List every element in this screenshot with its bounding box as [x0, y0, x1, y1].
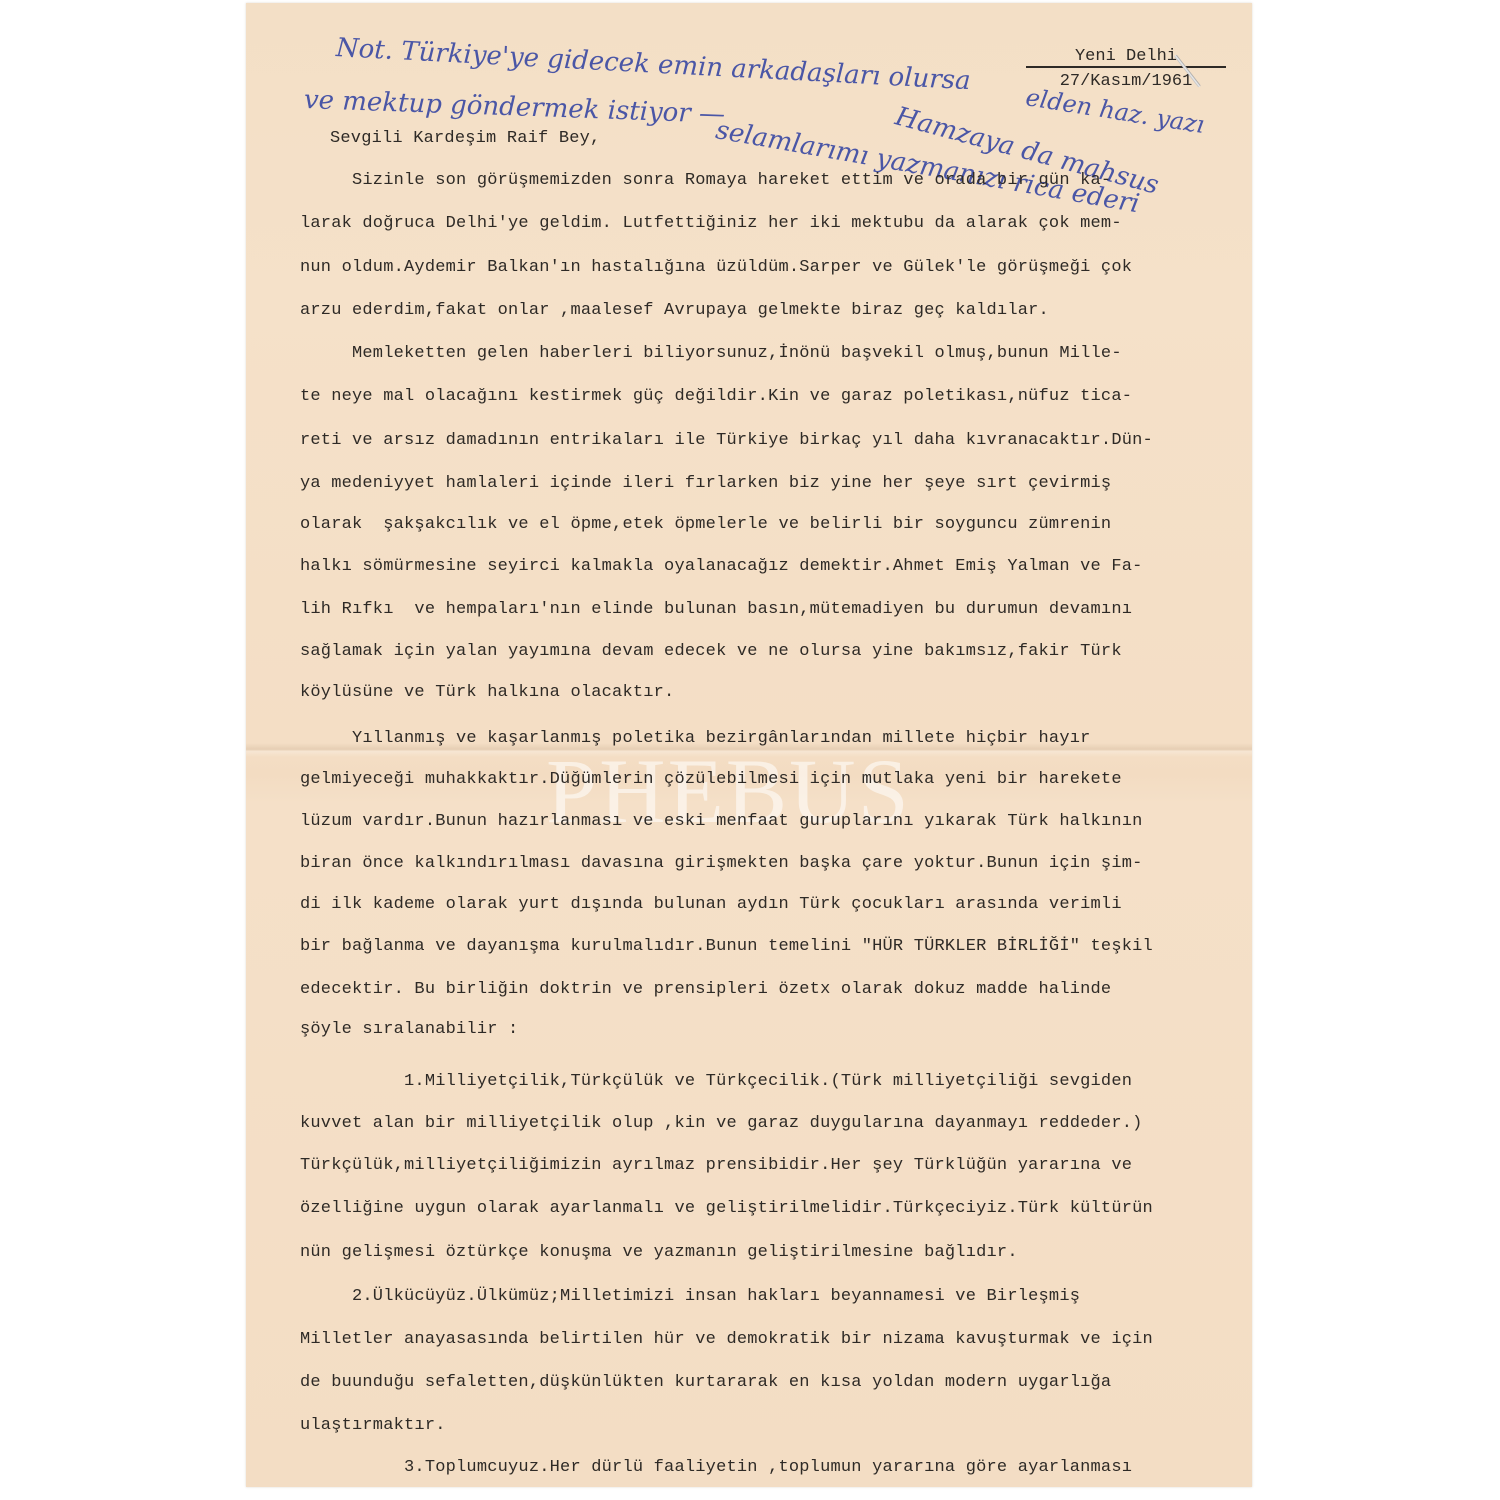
body-line: reti ve arsız damadının entrikaları ile …	[300, 431, 1153, 450]
letter-paper: PHEBUS Yeni Delhi 27/Kasım/1961 Not. Tür…	[246, 3, 1252, 1487]
body-line: kuvvet alan bir milliyetçilik olup ,kin …	[300, 1114, 1143, 1133]
body-line: şöyle sıralanabilir :	[300, 1020, 518, 1039]
place-label: Yeni Delhi	[1026, 47, 1226, 66]
body-line: larak doğruca Delhi'ye geldim. Lutfettiğ…	[300, 214, 1122, 233]
body-line: gelmiyeceği muhakkaktır.Düğümlerin çözül…	[300, 770, 1122, 789]
body-line: biran önce kalkındırılması davasına giri…	[300, 854, 1143, 873]
body-line: özelliğine uygun olarak ayarlanmalı ve g…	[300, 1199, 1153, 1218]
body-line: Yıllanmış ve kaşarlanmış poletika bezirg…	[300, 729, 1091, 748]
body-line: 2.Ülkücüyüz.Ülkümüz;Milletimizi insan ha…	[300, 1287, 1080, 1306]
body-line: nun oldum.Aydemir Balkan'ın hastalığına …	[300, 258, 1132, 277]
handwritten-note-line1: Not. Türkiye'ye gidecek emin arkadaşları…	[335, 33, 971, 96]
body-line: sağlamak için yalan yayımına devam edece…	[300, 642, 1122, 661]
body-line: nün gelişmesi öztürkçe konuşma ve yazman…	[300, 1243, 1018, 1262]
body-line: lih Rıfkı ve hempaları'nın elinde buluna…	[300, 600, 1132, 619]
body-line: edecektir. Bu birliğin doktrin ve prensi…	[300, 980, 1111, 999]
body-line: köylüsüne ve Türk halkına olacaktır.	[300, 683, 674, 702]
body-line: 3.Toplumcuyuz.Her dürlü faaliyetin ,topl…	[300, 1458, 1132, 1477]
body-line: ulaştırmaktır.	[300, 1416, 446, 1435]
body-line: de buunduğu sefaletten,düşkünlükten kurt…	[300, 1373, 1111, 1392]
body-line: Memleketten gelen haberleri biliyorsunuz…	[300, 344, 1122, 363]
body-line: ya medeniyyet hamlaleri içinde ileri fır…	[300, 474, 1111, 493]
body-line: Türkçülük,milliyetçiliğimizin ayrılmaz p…	[300, 1156, 1132, 1175]
body-line: di ilk kademe olarak yurt dışında buluna…	[300, 895, 1122, 914]
body-line: 1.Milliyetçilik,Türkçülük ve Türkçecilik…	[300, 1072, 1132, 1091]
body-line: Sizinle son görüşmemizden sonra Romaya h…	[300, 171, 1111, 190]
date-rule	[1026, 66, 1226, 68]
body-line: halkı sömürmesine seyirci kalmakla oyala…	[300, 557, 1143, 576]
body-line: arzu ederdim,fakat onlar ,maalesef Avrup…	[300, 301, 1049, 320]
body-line: bir bağlanma ve dayanışma kurulmalıdır.B…	[300, 937, 1153, 956]
body-line: Milletler anayasasında belirtilen hür ve…	[300, 1330, 1153, 1349]
body-line: te neye mal olacağını kestirmek güç deği…	[300, 387, 1132, 406]
salutation: Sevgili Kardeşim Raif Bey,	[330, 129, 600, 148]
body-line: olarak şakşakcılık ve el öpme,etek öpmel…	[300, 515, 1111, 534]
body-line: lüzum vardır.Bunun hazırlanması ve eski …	[300, 812, 1143, 831]
